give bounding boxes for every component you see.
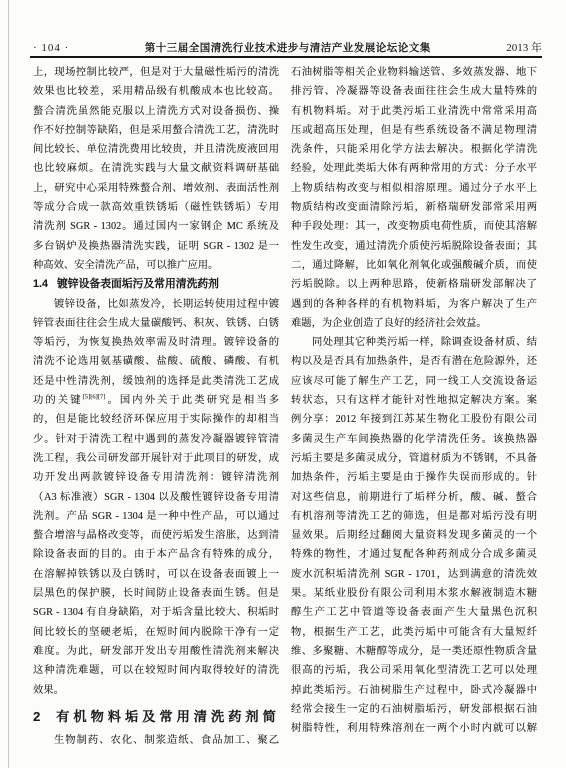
text-line: 特殊的物性，才通过复配各种药剂成分合成多菌灵 <box>291 545 537 564</box>
heading-number: 2 <box>33 709 40 724</box>
text-line: 清洗剂 SGR - 1302。通过国内一家钢企 MC 系统及 <box>33 217 279 236</box>
page-number: · 104 · <box>33 42 69 54</box>
text-line: 上物质结构改变与相似相溶原理。通过分子水平上 <box>291 179 537 198</box>
text-line: 还是中性清洗剂，缓蚀剂的选择是此类清洗工艺成 <box>33 372 279 391</box>
text-line: （A3 标准液）SGR - 1304 以及酸性镀锌设备专用清 <box>33 488 279 507</box>
text-line: 排污管、冷凝器等设备表面往往会生成大量特殊的 <box>291 82 537 101</box>
text-line: 树脂特性，利用特殊溶剂在一两个小时内就可以解 <box>291 719 537 738</box>
subsection-heading: 1.4镀锌设备表面垢污及常用清洗药剂 <box>33 275 279 294</box>
text-line: 的，但是能比较经济环保应用于实际操作的却相当 <box>33 410 279 429</box>
text-line: 有机溶剂等清洗工艺的筛选，但是都对垢污没有明 <box>291 507 537 526</box>
text-line: 醇生产工艺中管道等设备表面产生大量黑色沉积 <box>291 603 537 622</box>
text-line: 洗剂。产品 SGR - 1304 是一种中性产品，可以通过 <box>33 507 279 526</box>
text-line: 功开发出两款镀锌设备专用清洗剂：镀锌清洗剂 <box>33 468 279 487</box>
page-header: · 104 · 第十三届全国清洗行业技术进步与清洁产业发展论坛论文集 2013 … <box>33 39 542 55</box>
text-line: 作不好控制等缺陷，但是采用螯合清洗工艺，清洗时 <box>33 121 279 140</box>
header-rule <box>30 56 542 58</box>
text-line: 对这些信息，前期进行了垢样分析，酸、碱、螯合剂、 <box>291 488 537 507</box>
text-line: 加热条件，污垢主要是由于操作失误而形成的。针 <box>291 468 537 487</box>
text-line: 物质结构改变面清除污垢，新格瑞研发部常采用两 <box>291 198 537 217</box>
text-line: 例分享：2012 年接到江苏某生物化工股份有限公司 <box>291 410 537 429</box>
text-line: 同处理其它种类污垢一样，除调查设备材质、结 <box>291 333 537 352</box>
text-line: 种高效、安全清洗产品，可以推广应用。 <box>33 256 279 275</box>
text-line: 掉此类垢污。石油树脂生产过程中，卧式冷凝器中 <box>291 681 537 700</box>
text-line: 有机物料垢。对于此类污垢工业清洗中常常采用高 <box>291 102 537 121</box>
right-column: 石油树脂等相关企业物料输送管、多效蒸发器、地下排污管、冷凝器等设备表面往往会生成… <box>291 63 537 750</box>
text-line: 经常会接生一定的石油树脂垢污，研发部根据石油 <box>291 700 537 719</box>
text-line: 洗条件，只能采用化学方法去解决。根据化学清洗 <box>291 140 537 159</box>
text-line: 螯合清洗虽然能克服以上清洗方式对设备损伤、操 <box>33 102 279 121</box>
text-segment: 。国内外关于此类研究是相当多 <box>105 395 279 406</box>
publication-year: 2013 年 <box>506 39 542 55</box>
text-line: 间比较长、单位清洗费用比较贵，并且清洗废液回用 <box>33 140 279 159</box>
text-line: 污垢脱除。以上两种思路，使新格瑞研发部解决了 <box>291 275 537 294</box>
text-line: 功的关键[5][6][7]。国内外关于此类研究是相当多 <box>33 391 279 410</box>
text-line: 间比较长的坚硬老垢，在短时间内脱除干净有一定 <box>33 623 279 642</box>
text-line: 除设备表面的目的。由于本产品含有特殊的成分， <box>33 545 279 564</box>
text-line: 这种清洗难题，可以在较短时间内取得较好的清洗 <box>33 661 279 680</box>
heading-text: 镀锌设备表面垢污及常用清洗药剂 <box>57 278 219 290</box>
text-line: 多台锅炉及换热器清洗实践，证明 SGR - 1302 是一 <box>33 237 279 256</box>
section-heading: 2有机物料垢及常用清洗药剂简述 <box>33 707 279 726</box>
text-line: 难题，为企业创造了良好的经济社会效益。 <box>291 314 537 333</box>
text-line: 等成分合成一款高效重铁锈垢（磁性铁锈垢）专用 <box>33 198 279 217</box>
text-line: 污垢主要是多菌灵成分，管道材质为不锈钢，不具备 <box>291 449 537 468</box>
proceedings-title: 第十三届全国清洗行业技术进步与清洁产业发展论坛论文集 <box>145 40 431 55</box>
text-line: 少。针对于清洗工程中遇到的蒸发冷凝器镀锌管清 <box>33 430 279 449</box>
two-column-body: 上，现场控制比较严，但是对于大量磁性垢污的清洗效果也比较差，采用精品级有机酸成本… <box>33 63 537 750</box>
text-line: 经验，处理此类垢大体有两种常用的方式：分子水平 <box>291 159 537 178</box>
text-line: 构以及是否具有加热条件，是否有潜在危险源外，还 <box>291 352 537 371</box>
heading-text: 有机物料垢及常用清洗药剂简述 <box>33 709 279 726</box>
text-line: 效果。 <box>33 681 279 700</box>
text-line: 果。某纸业股份有限公司利用木浆水解液制造木糖 <box>291 584 537 603</box>
text-line: 螯合增溶与晶格改变等，而使污垢发生溶胀，达到清 <box>33 526 279 545</box>
text-line: 洗工程，我公司研发部开展针对于此项目的研发，成 <box>33 449 279 468</box>
text-line: 显效果。后期经过翻阅大量资料发现多菌灵的一个 <box>291 526 537 545</box>
text-line: 上，现场控制比较严，但是对于大量磁性垢污的清洗 <box>33 63 279 82</box>
text-line: 层黑色的保护膜，长时间防止设备表面生锈。但是 <box>33 584 279 603</box>
scan-edge-line <box>8 0 9 768</box>
text-line: 性发生改变，通过清洗介质使污垢脱除设备表面；其 <box>291 237 537 256</box>
text-line: 镀锌设备，比如蒸发冷，长期运转使用过程中镀 <box>33 295 279 314</box>
text-line: 废水沉积垢清洗剂 SGR - 1701，达到满意的清洗效 <box>291 565 537 584</box>
text-line: 应该尽可能了解生产工艺，同一线工人交流设备运 <box>291 372 537 391</box>
text-line: 上，研究中心采用特殊螯合剂、增效剂、表面活性剂 <box>33 179 279 198</box>
text-line: 二，通过降解，比如氧化剂氧化或强酸碱介质，而使 <box>291 256 537 275</box>
text-line: 也比较麻烦。在清洗实践与大量文献资料调研基础 <box>33 159 279 178</box>
text-line: 种手段处理：其一，改变物质电荷性质，而使其溶解 <box>291 217 537 236</box>
scanned-paper-page: · 104 · 第十三届全国清洗行业技术进步与清洁产业发展论坛论文集 2013 … <box>0 0 566 768</box>
text-line: SGR - 1304 有自身缺陷，对于垢含量比较大、积垢时 <box>33 603 279 622</box>
text-segment: 功的关键 <box>33 395 83 406</box>
citation-superscript: [5][6][7] <box>83 394 106 401</box>
text-line: 物，根据生产工艺，此类污垢中可能含有大量短纤 <box>291 623 537 642</box>
left-column: 上，现场控制比较严，但是对于大量磁性垢污的清洗效果也比较差，采用精品级有机酸成本… <box>33 63 279 750</box>
text-line: 转状态，只有这样才能针对性地拟定解决方案。案 <box>291 391 537 410</box>
text-line: 等垢污，为恢复换热效率需及时清理。镀锌设备的 <box>33 333 279 352</box>
text-line: 很高的污垢，我公司采用氧化型清洗工艺可以处理 <box>291 661 537 680</box>
text-line: 难度。为此，研发部开发出专用酸性清洗剂来解决 <box>33 642 279 661</box>
text-line: 遇到的各种各样的有机物料垢，为客户解决了生产 <box>291 295 537 314</box>
text-line: 生物制药、农化、制浆造纸、食品加工、聚乙烯、 <box>33 731 279 750</box>
text-line: 在溶解掉铁锈以及白锈时，可以在设备表面镀上一 <box>33 565 279 584</box>
heading-number: 1.4 <box>33 278 48 290</box>
text-line: 清洗不论选用氨基磺酸、盐酸、硫酸、磷酸、有机酸， <box>33 352 279 371</box>
text-line: 多菌灵生产车间换热器的化学清洗任务。该换热器 <box>291 430 537 449</box>
text-line: 石油树脂等相关企业物料输送管、多效蒸发器、地下 <box>291 63 537 82</box>
text-line: 压或超高压处理，但是有些系统设备不满足物理清 <box>291 121 537 140</box>
text-line: 维、多聚糖、木糖醇等成分，是一类还原性物质含量 <box>291 642 537 661</box>
text-line: 效果也比较差，采用精品级有机酸成本也比较高。 <box>33 82 279 101</box>
text-line: 锌管表面往往会生成大量碳酸钙、积灰、铁锈、白锈 <box>33 314 279 333</box>
